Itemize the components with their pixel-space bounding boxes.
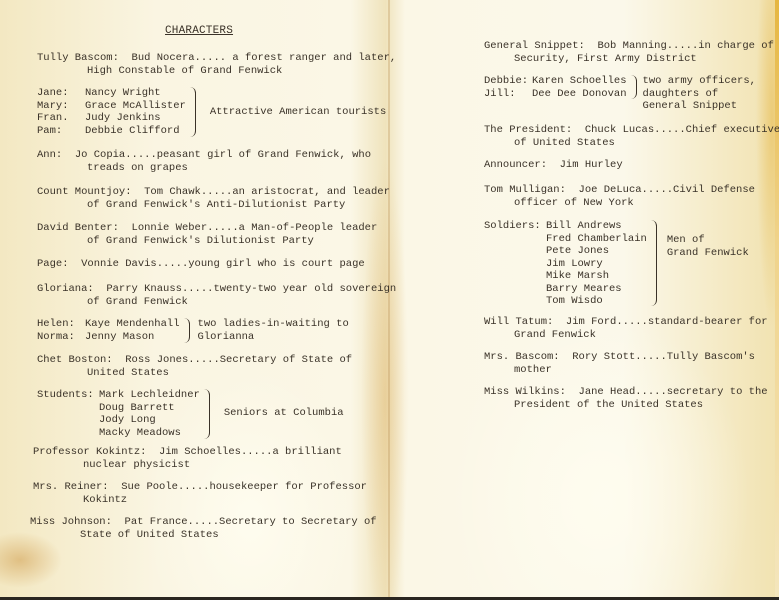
character-entry: Tom Mulligan: Joe DeLuca.....Civil Defen… [484,184,755,210]
actor-name: Jim Schoelles [159,446,241,458]
actor-name: Jo Copia [75,149,125,161]
character-entry: Ann: Jo Copia.....peasant girl of Grand … [37,149,371,175]
role-description-continued: of Grand Fenwick [37,296,396,309]
list-item: Pam: [37,125,85,138]
list-item: Karen Schoelles [532,75,627,88]
actor-name: Vonnie Davis [81,258,157,270]
list-item: Doug Barrett [99,402,200,415]
list-item: Mark Lechleidner [99,389,200,402]
role-description: .....young girl who is court page [157,258,365,270]
role-description-continued: nuclear physicist [33,459,342,472]
group-label: Students: [37,389,99,402]
role-name: Miss Johnson: [30,516,112,528]
role-description: .....peasant girl of Grand Fenwick, who [125,149,371,161]
list-item: Jill: [484,88,532,101]
character-entry: General Snippet: Bob Manning.....in char… [484,40,774,66]
character-entry: Gloriana: Parry Knauss.....twenty-two ye… [37,283,396,309]
list-item: Helen: [37,318,85,331]
actor-name: Jane Head [579,386,636,398]
actor-name: Chuck Lucas [585,124,654,136]
role-description: .....a Man-of-People leader [207,222,377,234]
list-item: Fred Chamberlain [546,233,647,246]
role-description: .....Secretary of State of [188,354,352,366]
role-name: Miss Wilkins: [484,386,566,398]
list-item: Fran. [37,112,85,125]
role-description: .....a brilliant [241,446,342,458]
role-description: .....Civil Defense [642,184,755,196]
group-note: Attractive American tourists [210,106,386,119]
actor-name: Parry Knauss [106,283,182,295]
role-name: Tom Mulligan: [484,184,566,196]
group-note: Men of Grand Fenwick [667,234,749,259]
entry-line: General Snippet: Bob Manning.....in char… [484,40,774,52]
character-entry: Tully Bascom: Bud Nocera..... a forest r… [37,52,396,78]
role-list: Helen:Norma: [37,318,85,343]
role-description-continued: High Constable of Grand Fenwick [37,65,396,78]
role-description: .....an aristocrat, and leader [201,186,390,198]
brace [184,318,190,343]
role-description-continued: President of the United States [484,399,768,412]
actor-list: Mark LechleidnerDoug BarrettJody LongMac… [99,389,200,439]
list-item: Debbie: [484,75,532,88]
actor-list: Bill AndrewsFred ChamberlainPete JonesJi… [546,220,647,308]
list-item: Nancy Wright [85,87,186,100]
character-entry: Miss Wilkins: Jane Head.....secretary to… [484,386,768,412]
group-label: Soldiers: [484,220,546,233]
actor-name: Rory Stott [572,351,635,363]
actor-name: Ross Jones [125,354,188,366]
actor-name: Jim Hurley [560,159,623,171]
character-entry: The President: Chuck Lucas.....Chief exe… [484,124,779,150]
list-item: Jenny Mason [85,331,180,344]
tourists-group: Jane:Mary:Fran.Pam: Nancy WrightGrace Mc… [37,87,386,137]
entry-line: Mrs. Bascom: Rory Stott.....Tully Bascom… [484,351,755,363]
character-entry: Mrs. Bascom: Rory Stott.....Tully Bascom… [484,351,755,377]
list-item: Jane: [37,87,85,100]
group-note: two army officers, daughters of General … [643,75,756,113]
list-item: Norma: [37,331,85,344]
role-description-continued: treads on grapes [37,162,371,175]
role-name: The President: [484,124,572,136]
entry-line: Count Mountjoy: Tom Chawk.....an aristoc… [37,186,390,198]
role-description: .....Secretary to Secretary of [188,516,377,528]
character-entry: Mrs. Reiner: Sue Poole.....housekeeper f… [33,481,367,507]
role-description: .....twenty-two year old sovereign [182,283,396,295]
group-note: Seniors at Columbia [224,407,344,420]
entry-line: Announcer: Jim Hurley [484,159,623,171]
group-note: two ladies-in-waiting to Glorianna [198,318,349,343]
actor-name: Sue Poole [121,481,178,493]
actor-name: Lonnie Weber [132,222,208,234]
role-name: Will Tatum: [484,316,553,328]
role-name: Professor Kokintz: [33,446,146,458]
role-name: Chet Boston: [37,354,113,366]
brace [631,75,637,99]
role-description-continued: officer of New York [484,197,755,210]
role-name: Mrs. Reiner: [33,481,109,493]
list-item: Dee Dee Donovan [532,88,627,101]
list-item: Jim Lowry [546,258,647,271]
actor-name: Bob Manning [597,40,666,52]
role-description: .....in charge of [667,40,774,52]
officers-group: Debbie:Jill: Karen SchoellesDee Dee Dono… [484,75,756,113]
role-description-continued: of Grand Fenwick's Dilutionist Party [37,235,377,248]
role-name: General Snippet: [484,40,585,52]
actor-list: Kaye MendenhallJenny Mason [85,318,180,343]
list-item: Tom Wisdo [546,295,647,308]
role-name: Tully Bascom: [37,52,119,64]
role-name: Mrs. Bascom: [484,351,560,363]
role-list: Jane:Mary:Fran.Pam: [37,87,85,137]
character-entry: Professor Kokintz: Jim Schoelles.....a b… [33,446,342,472]
role-description-continued: Grand Fenwick [484,329,768,342]
list-item: Debbie Clifford [85,125,186,138]
role-description-continued: United States [37,367,352,380]
entry-line: Tully Bascom: Bud Nocera..... a forest r… [37,52,396,64]
character-entry: Announcer: Jim Hurley [484,159,623,172]
actor-list: Nancy WrightGrace McAllisterJudy Jenkins… [85,87,186,137]
character-entry: Page: Vonnie Davis.....young girl who is… [37,258,365,271]
role-description-continued: State of United States [30,529,377,542]
entry-line: The President: Chuck Lucas.....Chief exe… [484,124,779,136]
role-description: ..... a forest ranger and later, [195,52,397,64]
role-description: .....Tully Bascom's [635,351,755,363]
entry-line: Professor Kokintz: Jim Schoelles.....a b… [33,446,342,458]
brace [190,87,196,137]
list-item: Jody Long [99,414,200,427]
actor-name: Tom Chawk [144,186,201,198]
brace [651,220,657,306]
entry-line: Miss Wilkins: Jane Head.....secretary to… [484,386,768,398]
role-name: Gloriana: [37,283,94,295]
entry-line: Gloriana: Parry Knauss.....twenty-two ye… [37,283,396,295]
brace [204,389,210,439]
list-item: Mary: [37,100,85,113]
entry-line: Chet Boston: Ross Jones.....Secretary of… [37,354,352,366]
entry-line: Mrs. Reiner: Sue Poole.....housekeeper f… [33,481,367,493]
list-item: Grace McAllister [85,100,186,113]
soldiers-group: Soldiers: Bill AndrewsFred ChamberlainPe… [484,220,749,308]
entry-line: Ann: Jo Copia.....peasant girl of Grand … [37,149,371,161]
ladies-group: Helen:Norma: Kaye MendenhallJenny Mason … [37,318,349,343]
role-name: David Benter: [37,222,119,234]
actor-list: Karen SchoellesDee Dee Donovan [532,75,627,100]
role-name: Count Mountjoy: [37,186,132,198]
list-item: Bill Andrews [546,220,647,233]
entry-line: David Benter: Lonnie Weber.....a Man-of-… [37,222,377,234]
character-entry: Will Tatum: Jim Ford.....standard-bearer… [484,316,768,342]
actor-name: Joe DeLuca [579,184,642,196]
list-item: Pete Jones [546,245,647,258]
entry-line: Miss Johnson: Pat France.....Secretary t… [30,516,377,528]
role-description-continued: of United States [484,137,779,150]
character-entry: Miss Johnson: Pat France.....Secretary t… [30,516,377,542]
entry-line: Tom Mulligan: Joe DeLuca.....Civil Defen… [484,184,755,196]
list-item: Barry Meares [546,283,647,296]
role-description-continued: Kokintz [33,494,367,507]
role-description: .....secretary to the [635,386,767,398]
students-group: Students: Mark LechleidnerDoug BarrettJo… [37,389,344,439]
actor-name: Bud Nocera [132,52,195,64]
character-entry: Count Mountjoy: Tom Chawk.....an aristoc… [37,186,390,212]
list-item: Macky Meadows [99,427,200,440]
entry-line: Will Tatum: Jim Ford.....standard-bearer… [484,316,768,328]
list-item: Mike Marsh [546,270,647,283]
actor-name: Jim Ford [566,316,616,328]
paper-edge-stain [775,0,779,600]
role-description: .....standard-bearer for [616,316,767,328]
role-description-continued: Security, First Army District [484,53,774,66]
role-description-continued: of Grand Fenwick's Anti-Dilutionist Part… [37,199,390,212]
role-list: Debbie:Jill: [484,75,532,100]
list-item: Kaye Mendenhall [85,318,180,331]
role-name: Announcer: [484,159,547,171]
role-description: .....housekeeper for Professor [178,481,367,493]
role-description: .....Chief executive [654,124,779,136]
list-item: Judy Jenkins [85,112,186,125]
role-name: Ann: [37,149,62,161]
character-entry: David Benter: Lonnie Weber.....a Man-of-… [37,222,377,248]
role-name: Page: [37,258,69,270]
entry-line: Page: Vonnie Davis.....young girl who is… [37,258,365,270]
character-entry: Chet Boston: Ross Jones.....Secretary of… [37,354,352,380]
page-title: CHARACTERS [165,25,233,37]
role-description-continued: mother [484,364,755,377]
actor-name: Pat France [125,516,188,528]
